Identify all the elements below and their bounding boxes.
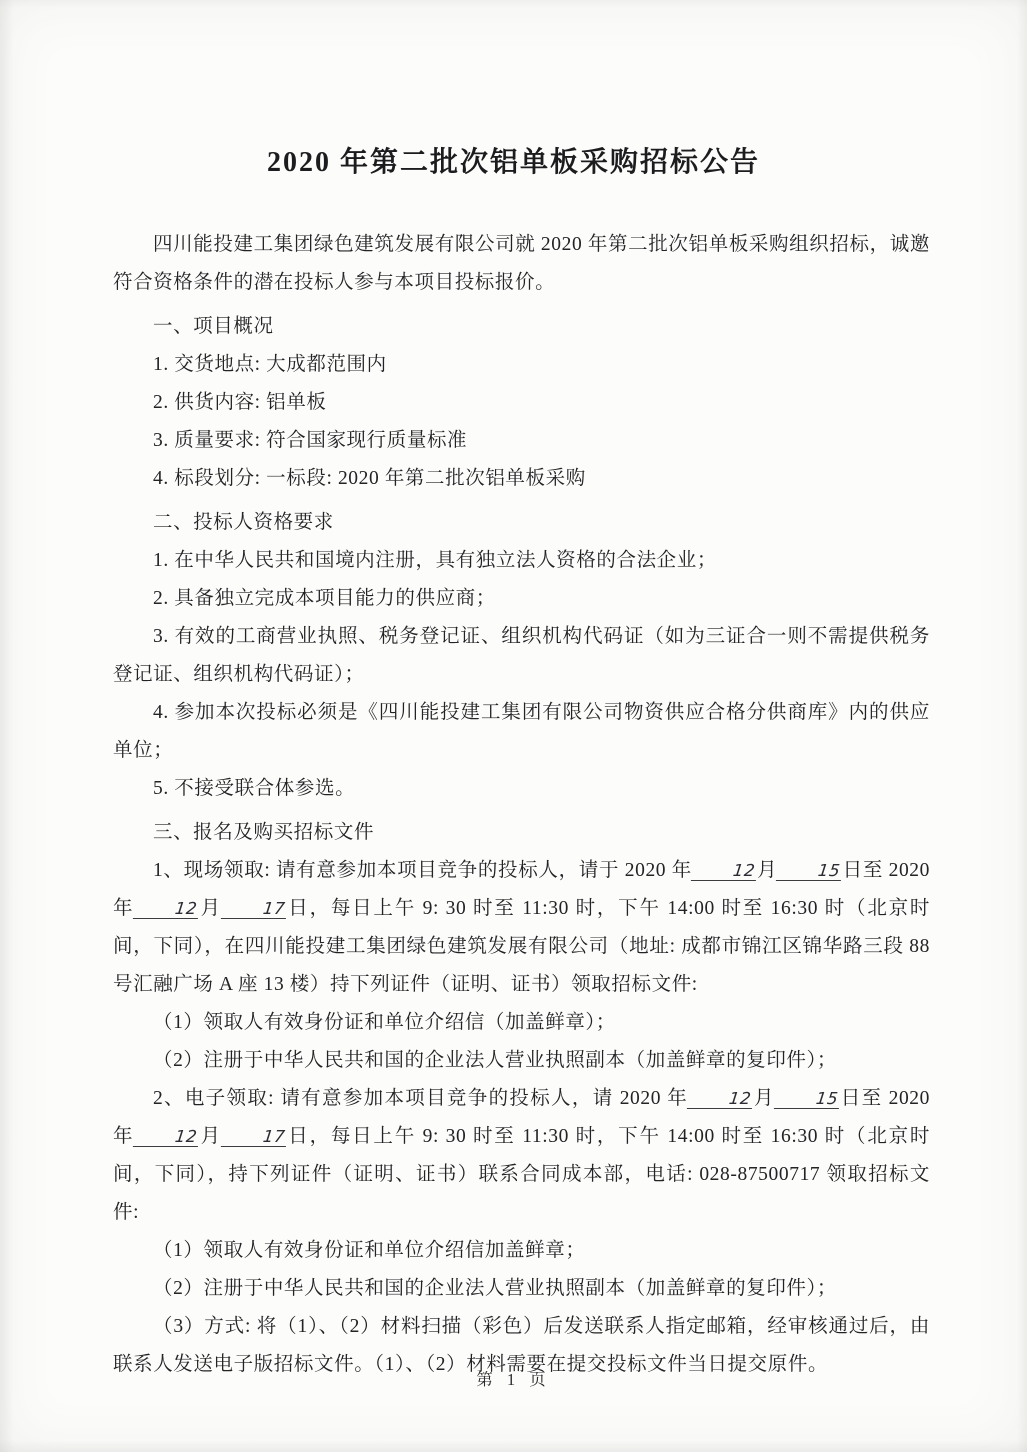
section2-item-3: 3. 有效的工商营业执照、税务登记证、组织机构代码证（如为三证合一则不需提供税务… — [113, 618, 930, 694]
onsite-pickup-paragraph: 1、现场领取: 请有意参加本项目竞争的投标人，请于 2020 年12月15日至 … — [113, 852, 930, 1004]
handwritten-end-month: 12 — [133, 1128, 201, 1147]
electronic-item-2: （2）注册于中华人民共和国的企业法人营业执照副本（加盖鲜章的复印件）； — [113, 1270, 930, 1308]
electronic-pickup-paragraph: 2、电子领取: 请有意参加本项目竞争的投标人，请 2020 年12月15日至 2… — [113, 1080, 930, 1232]
onsite-text: 月 — [757, 860, 777, 881]
electronic-item-1: （1）领取人有效身份证和单位介绍信加盖鲜章； — [113, 1232, 930, 1270]
intro-paragraph: 四川能投建工集团绿色建筑发展有限公司就 2020 年第二批次铝单板采购组织招标，… — [113, 226, 930, 302]
handwritten-start-day: 15 — [776, 862, 844, 881]
electronic-text: 月 — [753, 1088, 775, 1109]
section2-item-1: 1. 在中华人民共和国境内注册，具有独立法人资格的合法企业； — [113, 542, 930, 580]
handwritten-start-month: 12 — [687, 1090, 755, 1109]
section2-item-5: 5. 不接受联合体参选。 — [113, 770, 930, 808]
section2-item-4: 4. 参加本次投标必须是《四川能投建工集团有限公司物资供应合格分供商库》内的供应… — [113, 694, 930, 770]
page-number: 第 1 页 — [0, 1366, 1027, 1390]
section1-item-3: 3. 质量要求: 符合国家现行质量标准 — [113, 422, 930, 460]
section1-heading: 一、项目概况 — [113, 308, 930, 346]
section1-item-1: 1. 交货地点: 大成都范围内 — [113, 346, 930, 384]
section2-heading: 二、投标人资格要求 — [113, 504, 930, 542]
electronic-text: 月 — [199, 1126, 221, 1147]
section2-item-2: 2. 具备独立完成本项目能力的供应商； — [113, 580, 930, 618]
onsite-item-2: （2）注册于中华人民共和国的企业法人营业执照副本（加盖鲜章的复印件）； — [113, 1042, 930, 1080]
document-title: 2020 年第二批次铝单板采购招标公告 — [0, 0, 1027, 180]
electronic-text: 2、电子领取: 请有意参加本项目竞争的投标人，请 2020 年 — [153, 1088, 688, 1109]
section1-item-4: 4. 标段划分: 一标段: 2020 年第二批次铝单板采购 — [113, 460, 930, 498]
scanned-document-page: 2020 年第二批次铝单板采购招标公告 四川能投建工集团绿色建筑发展有限公司就 … — [0, 0, 1027, 1452]
onsite-text: 月 — [199, 898, 221, 919]
handwritten-end-day: 17 — [221, 1128, 289, 1147]
handwritten-end-day: 17 — [221, 900, 289, 919]
handwritten-end-month: 12 — [133, 900, 201, 919]
onsite-text: 1、现场领取: 请有意参加本项目竞争的投标人，请于 2020 年 — [153, 860, 692, 881]
section3-heading: 三、报名及购买招标文件 — [113, 814, 930, 852]
section1-item-2: 2. 供货内容: 铝单板 — [113, 384, 930, 422]
handwritten-start-month: 12 — [691, 862, 759, 881]
handwritten-start-day: 15 — [774, 1090, 842, 1109]
onsite-item-1: （1）领取人有效身份证和单位介绍信（加盖鲜章）； — [113, 1004, 930, 1042]
document-body: 四川能投建工集团绿色建筑发展有限公司就 2020 年第二批次铝单板采购组织招标，… — [0, 180, 1027, 1384]
